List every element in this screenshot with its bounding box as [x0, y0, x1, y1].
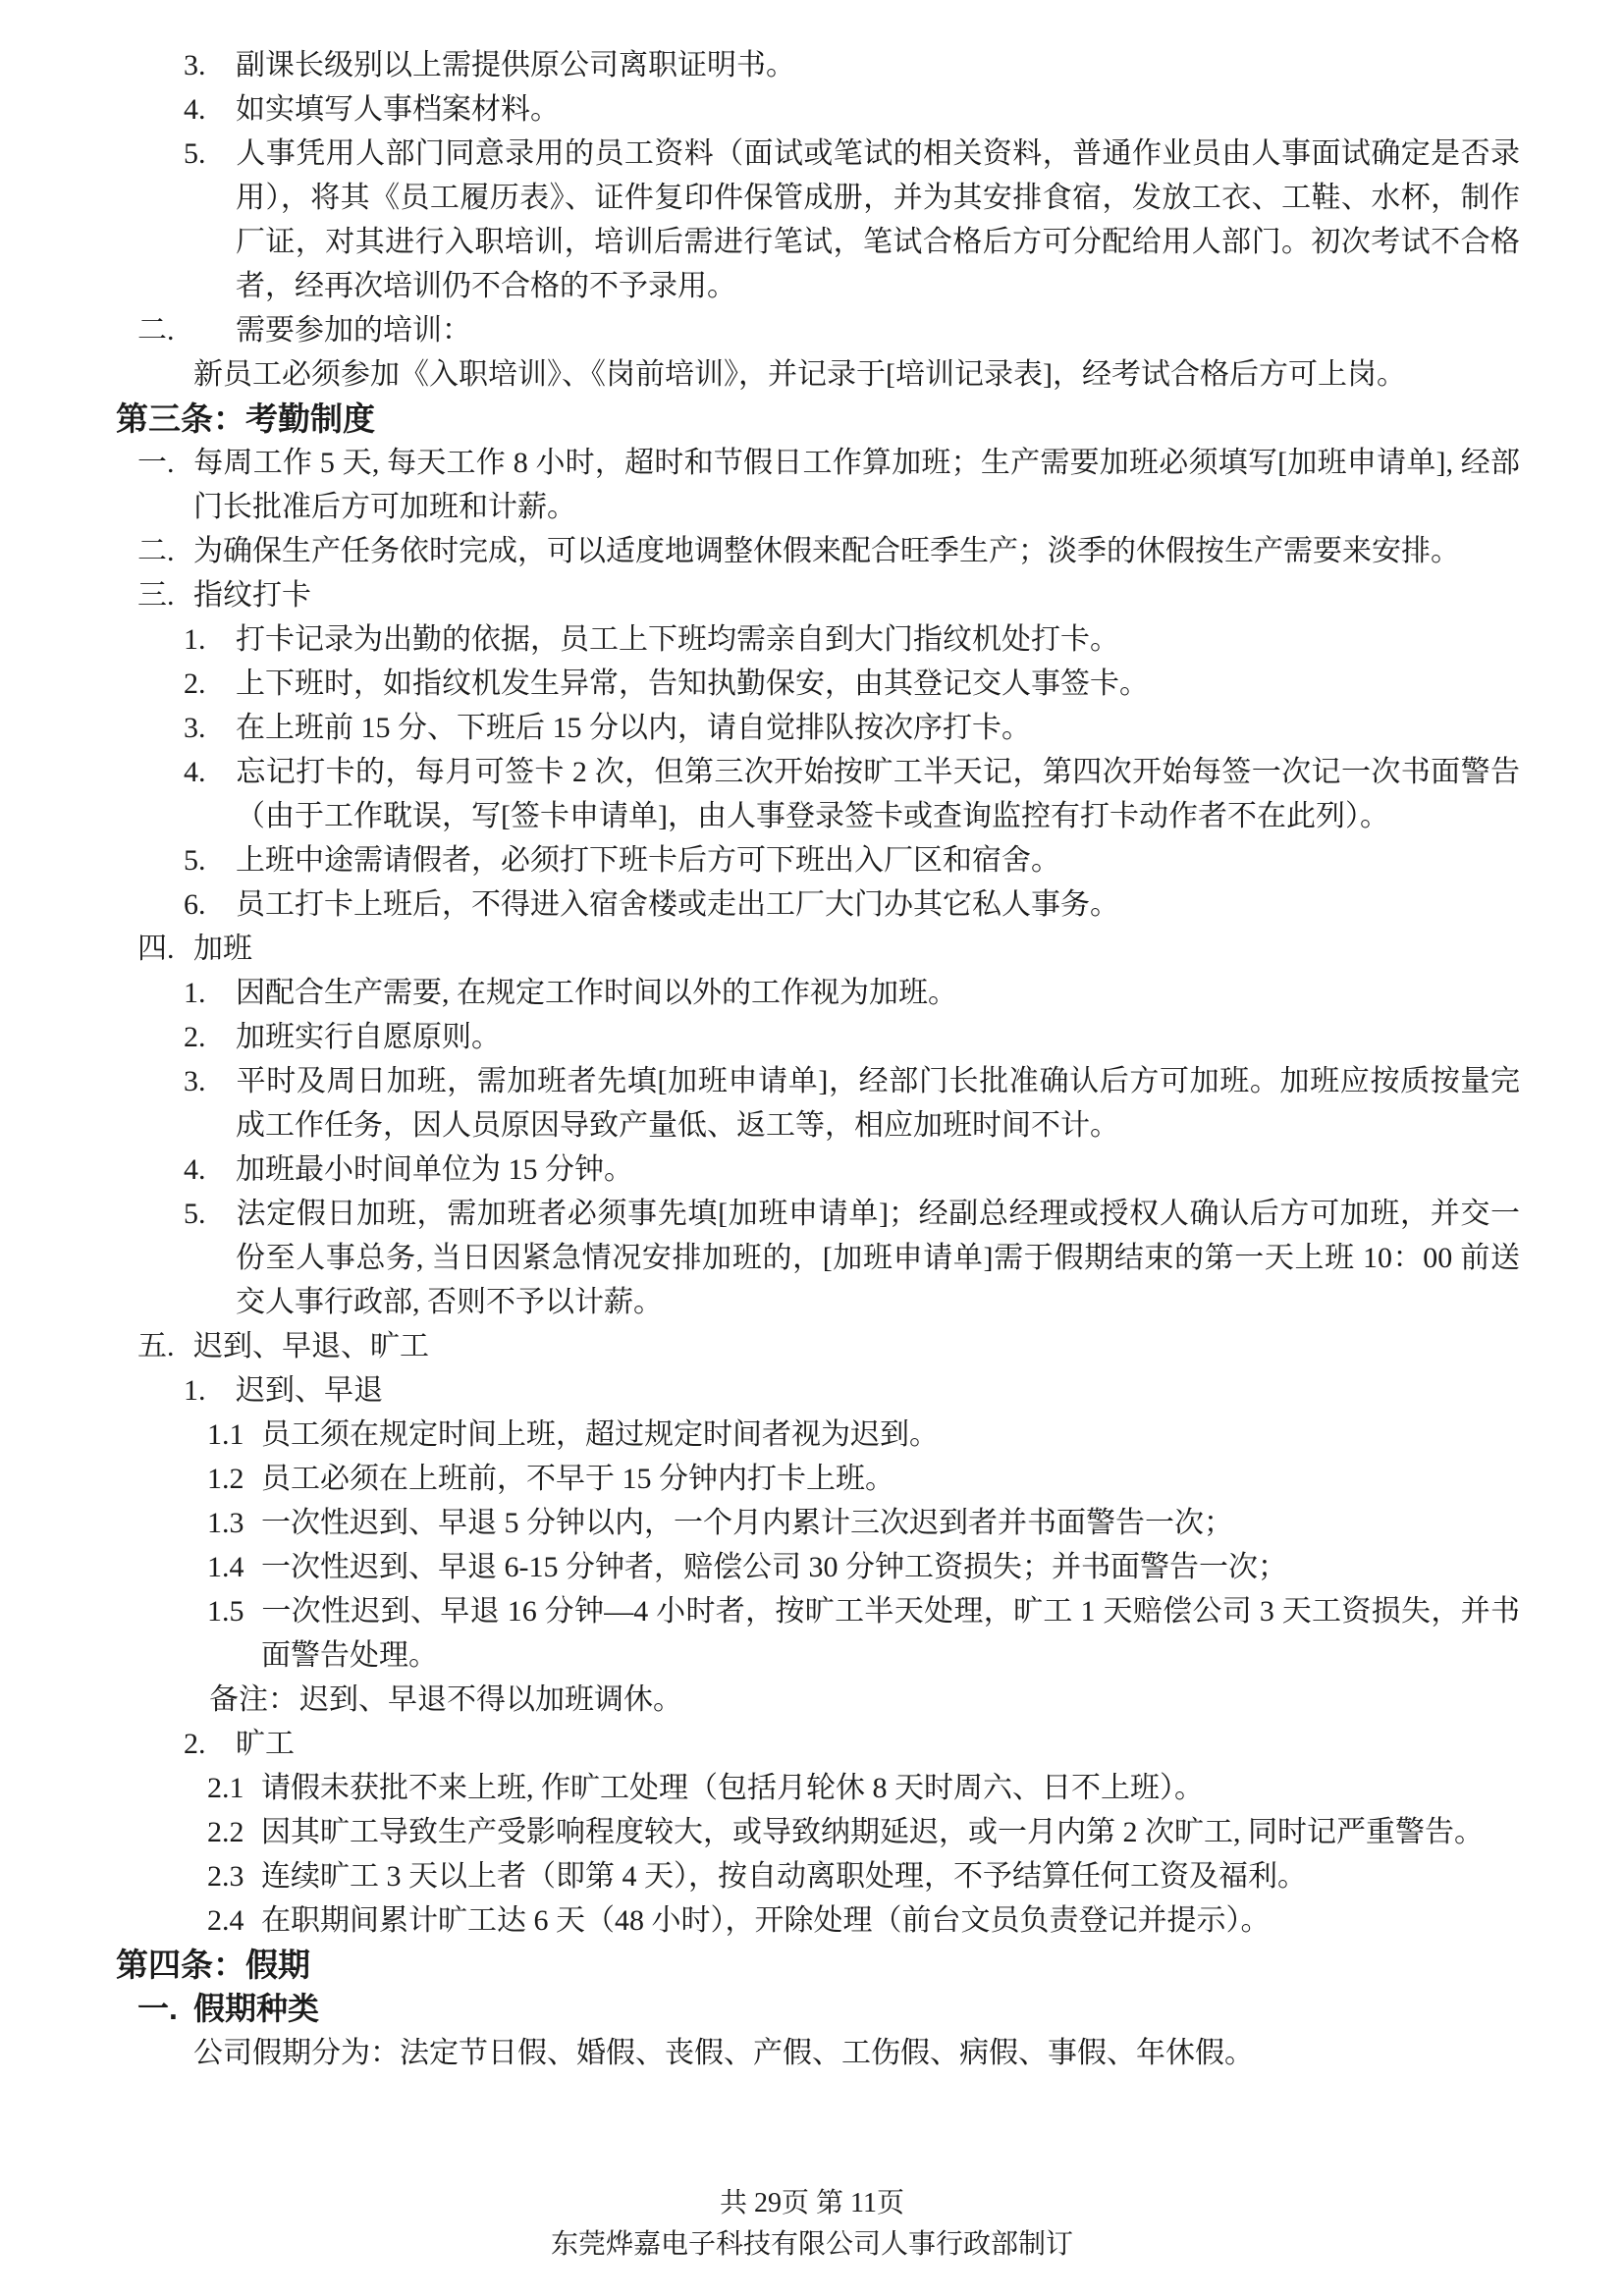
page-number-info: 共 29页 第 11页	[0, 2183, 1624, 2224]
section-heading: 第四条：假期	[116, 1943, 1520, 1987]
paragraph: 5.人事凭用人部门同意录用的员工资料（面试或笔试的相关资料，普通作业员由人事面试…	[116, 132, 1520, 308]
paragraph: 2.上下班时，如指纹机发生异常，告知执勤保安，由其登记交人事签卡。	[116, 662, 1520, 706]
list-marker: 2.4	[207, 1898, 261, 1943]
paragraph-text: 法定假日加班，需加班者必须事先填[加班申请单]；经副总经理或授权人确认后方可加班…	[236, 1198, 1520, 1318]
paragraph: 二.需要参加的培训：	[116, 308, 1520, 352]
paragraph: 1.打卡记录为出勤的依据，员工上下班均需亲自到大门指纹机处打卡。	[116, 617, 1520, 662]
list-marker: 6.	[184, 882, 236, 927]
list-marker: 一.	[137, 441, 193, 485]
paragraph-text: 第四条：假期	[116, 1947, 310, 1983]
paragraph-text: 在上班前 15 分、下班后 15 分以内，请自觉排队按次序打卡。	[236, 712, 1031, 744]
paragraph-text: 需要参加的培训：	[236, 314, 471, 347]
paragraph: 1.3一次性迟到、早退 5 分钟以内，一个月内累计三次迟到者并书面警告一次；	[116, 1501, 1520, 1545]
list-marker: 2.	[184, 1722, 236, 1766]
document-body: 3.副课长级别以上需提供原公司离职证明书。4.如实填写人事档案材料。5.人事凭用…	[116, 43, 1520, 2075]
paragraph: 1.迟到、早退	[116, 1368, 1520, 1413]
list-marker: 4.	[184, 87, 236, 132]
paragraph: 2.1请假未获批不来上班, 作旷工处理（包括月轮休 8 天时周六、日不上班）。	[116, 1766, 1520, 1810]
list-marker: 2.	[184, 662, 236, 706]
paragraph-text: 打卡记录为出勤的依据，员工上下班均需亲自到大门指纹机处打卡。	[236, 623, 1119, 656]
list-marker: 3.	[184, 1059, 236, 1103]
paragraph-text: 员工须在规定时间上班，超过规定时间者视为迟到。	[261, 1418, 939, 1451]
list-marker: 3.	[184, 706, 236, 750]
list-marker: 1.2	[207, 1457, 261, 1501]
paragraph: 4.忘记打卡的，每月可签卡 2 次，但第三次开始按旷工半天记，第四次开始每签一次…	[116, 750, 1520, 838]
paragraph-text: 第三条：考勤制度	[116, 400, 375, 437]
list-marker: 5.	[184, 1192, 236, 1236]
paragraph-text: 员工必须在上班前，不早于 15 分钟内打卡上班。	[261, 1463, 894, 1495]
list-marker: 五.	[137, 1324, 193, 1368]
list-marker: 3.	[184, 43, 236, 87]
footer-company-line: 东莞烨嘉电子科技有限公司人事行政部制订	[0, 2224, 1624, 2266]
paragraph-text: 一次性迟到、早退 6-15 分钟者，赔偿公司 30 分钟工资损失；并书面警告一次…	[261, 1551, 1287, 1583]
paragraph-text: 忘记打卡的，每月可签卡 2 次，但第三次开始按旷工半天记，第四次开始每签一次记一…	[236, 756, 1520, 832]
paragraph: 五.迟到、早退、旷工	[116, 1324, 1520, 1368]
paragraph-text: 平时及周日加班，需加班者先填[加班申请单]，经部门长批准确认后方可加班。加班应按…	[236, 1065, 1520, 1142]
list-marker: 2.3	[207, 1854, 261, 1898]
list-marker: 一.	[137, 1987, 193, 2031]
paragraph: 四.加班	[116, 927, 1520, 971]
paragraph: 2.旷工	[116, 1722, 1520, 1766]
paragraph: 1.2员工必须在上班前，不早于 15 分钟内打卡上班。	[116, 1457, 1520, 1501]
paragraph-text: 一次性迟到、早退 16 分钟—4 小时者，按旷工半天处理，旷工 1 天赔偿公司 …	[261, 1595, 1520, 1672]
list-marker: 1.	[184, 971, 236, 1015]
list-marker: 二.	[137, 529, 193, 573]
paragraph: 4.如实填写人事档案材料。	[116, 87, 1520, 132]
paragraph-text: 人事凭用人部门同意录用的员工资料（面试或笔试的相关资料，普通作业员由人事面试确定…	[236, 137, 1520, 302]
paragraph-text: 公司假期分为：法定节日假、婚假、丧假、产假、工伤假、病假、事假、年休假。	[193, 2037, 1254, 2069]
paragraph: 5.法定假日加班，需加班者必须事先填[加班申请单]；经副总经理或授权人确认后方可…	[116, 1192, 1520, 1324]
list-marker: 三.	[137, 573, 193, 617]
paragraph: 2.4在职期间累计旷工达 6 天（48 小时），开除处理（前台文员负责登记并提示…	[116, 1898, 1520, 1943]
paragraph: 公司假期分为：法定节日假、婚假、丧假、产假、工伤假、病假、事假、年休假。	[116, 2031, 1520, 2075]
list-marker: 四.	[137, 927, 193, 971]
paragraph: 2.2因其旷工导致生产受影响程度较大，或导致纳期延迟，或一月内第 2 次旷工, …	[116, 1810, 1520, 1854]
list-marker: 4.	[184, 1148, 236, 1192]
paragraph-text: 指纹打卡	[193, 579, 311, 612]
paragraph: 2.3连续旷工 3 天以上者（即第 4 天），按自动离职处理，不予结算任何工资及…	[116, 1854, 1520, 1898]
paragraph-text: 一次性迟到、早退 5 分钟以内，一个月内累计三次迟到者并书面警告一次；	[261, 1507, 1233, 1539]
paragraph-text: 假期种类	[193, 1991, 319, 2026]
section-heading: 一.假期种类	[116, 1987, 1520, 2031]
list-marker: 5.	[184, 132, 236, 176]
list-marker: 5.	[184, 838, 236, 882]
document-page: 3.副课长级别以上需提供原公司离职证明书。4.如实填写人事档案材料。5.人事凭用…	[0, 0, 1624, 2296]
paragraph-text: 在职期间累计旷工达 6 天（48 小时），开除处理（前台文员负责登记并提示）。	[261, 1904, 1271, 1937]
list-marker: 2.2	[207, 1810, 261, 1854]
paragraph-text: 因配合生产需要, 在规定工作时间以外的工作视为加班。	[236, 977, 957, 1009]
list-marker: 1.	[184, 617, 236, 662]
list-marker: 二.	[137, 308, 236, 352]
paragraph: 二.为确保生产任务依时完成，可以适度地调整休假来配合旺季生产；淡季的休假按生产需…	[116, 529, 1520, 573]
list-marker: 2.	[184, 1015, 236, 1059]
paragraph-text: 加班实行自愿原则。	[236, 1021, 501, 1053]
paragraph: 1.因配合生产需要, 在规定工作时间以外的工作视为加班。	[116, 971, 1520, 1015]
paragraph: 6.员工打卡上班后，不得进入宿舍楼或走出工厂大门办其它私人事务。	[116, 882, 1520, 927]
list-marker: 1.	[184, 1368, 236, 1413]
paragraph-text: 因其旷工导致生产受影响程度较大，或导致纳期延迟，或一月内第 2 次旷工, 同时记…	[261, 1816, 1484, 1848]
paragraph: 备注：迟到、早退不得以加班调休。	[116, 1678, 1520, 1722]
paragraph: 4.加班最小时间单位为 15 分钟。	[116, 1148, 1520, 1192]
paragraph: 1.1员工须在规定时间上班，超过规定时间者视为迟到。	[116, 1413, 1520, 1457]
paragraph: 1.4一次性迟到、早退 6-15 分钟者，赔偿公司 30 分钟工资损失；并书面警…	[116, 1545, 1520, 1589]
paragraph: 5.上班中途需请假者，必须打下班卡后方可下班出入厂区和宿舍。	[116, 838, 1520, 882]
paragraph-text: 迟到、早退	[236, 1374, 383, 1407]
paragraph: 3.平时及周日加班，需加班者先填[加班申请单]，经部门长批准确认后方可加班。加班…	[116, 1059, 1520, 1148]
paragraph-text: 请假未获批不来上班, 作旷工处理（包括月轮休 8 天时周六、日不上班）。	[261, 1772, 1204, 1804]
section-heading: 第三条：考勤制度	[116, 397, 1520, 441]
list-marker: 1.1	[207, 1413, 261, 1457]
paragraph: 3.在上班前 15 分、下班后 15 分以内，请自觉排队按次序打卡。	[116, 706, 1520, 750]
list-marker: 1.3	[207, 1501, 261, 1545]
paragraph: 3.副课长级别以上需提供原公司离职证明书。	[116, 43, 1520, 87]
paragraph-text: 连续旷工 3 天以上者（即第 4 天），按自动离职处理，不予结算任何工资及福利。	[261, 1860, 1307, 1893]
paragraph-text: 每周工作 5 天, 每天工作 8 小时，超时和节假日工作算加班；生产需要加班必须…	[193, 447, 1520, 523]
paragraph-text: 加班最小时间单位为 15 分钟。	[236, 1153, 633, 1186]
page-footer: 共 29页 第 11页 东莞烨嘉电子科技有限公司人事行政部制订	[0, 2183, 1624, 2266]
paragraph: 三.指纹打卡	[116, 573, 1520, 617]
paragraph-text: 旷工	[236, 1728, 295, 1760]
paragraph-text: 新员工必须参加《入职培训》、《岗前培训》，并记录于[培训记录表]，经考试合格后方…	[193, 358, 1406, 391]
list-marker: 1.4	[207, 1545, 261, 1589]
paragraph: 一.每周工作 5 天, 每天工作 8 小时，超时和节假日工作算加班；生产需要加班…	[116, 441, 1520, 529]
paragraph-text: 迟到、早退不得以加班调休。	[299, 1683, 682, 1716]
list-marker: 备注：	[209, 1678, 299, 1722]
paragraph: 2.加班实行自愿原则。	[116, 1015, 1520, 1059]
paragraph: 新员工必须参加《入职培训》、《岗前培训》，并记录于[培训记录表]，经考试合格后方…	[116, 352, 1520, 397]
paragraph-text: 如实填写人事档案材料。	[236, 93, 560, 126]
paragraph-text: 上班中途需请假者，必须打下班卡后方可下班出入厂区和宿舍。	[236, 844, 1060, 877]
list-marker: 2.1	[207, 1766, 261, 1810]
paragraph-text: 为确保生产任务依时完成，可以适度地调整休假来配合旺季生产；淡季的休假按生产需要来…	[193, 535, 1460, 567]
paragraph: 1.5一次性迟到、早退 16 分钟—4 小时者，按旷工半天处理，旷工 1 天赔偿…	[116, 1589, 1520, 1678]
paragraph-text: 副课长级别以上需提供原公司离职证明书。	[236, 49, 795, 81]
paragraph-text: 员工打卡上班后，不得进入宿舍楼或走出工厂大门办其它私人事务。	[236, 888, 1119, 921]
list-marker: 1.5	[207, 1589, 261, 1633]
paragraph-text: 上下班时，如指纹机发生异常，告知执勤保安，由其登记交人事签卡。	[236, 667, 1149, 700]
paragraph-text: 迟到、早退、旷工	[193, 1330, 429, 1362]
paragraph-text: 加班	[193, 933, 252, 965]
list-marker: 4.	[184, 750, 236, 794]
